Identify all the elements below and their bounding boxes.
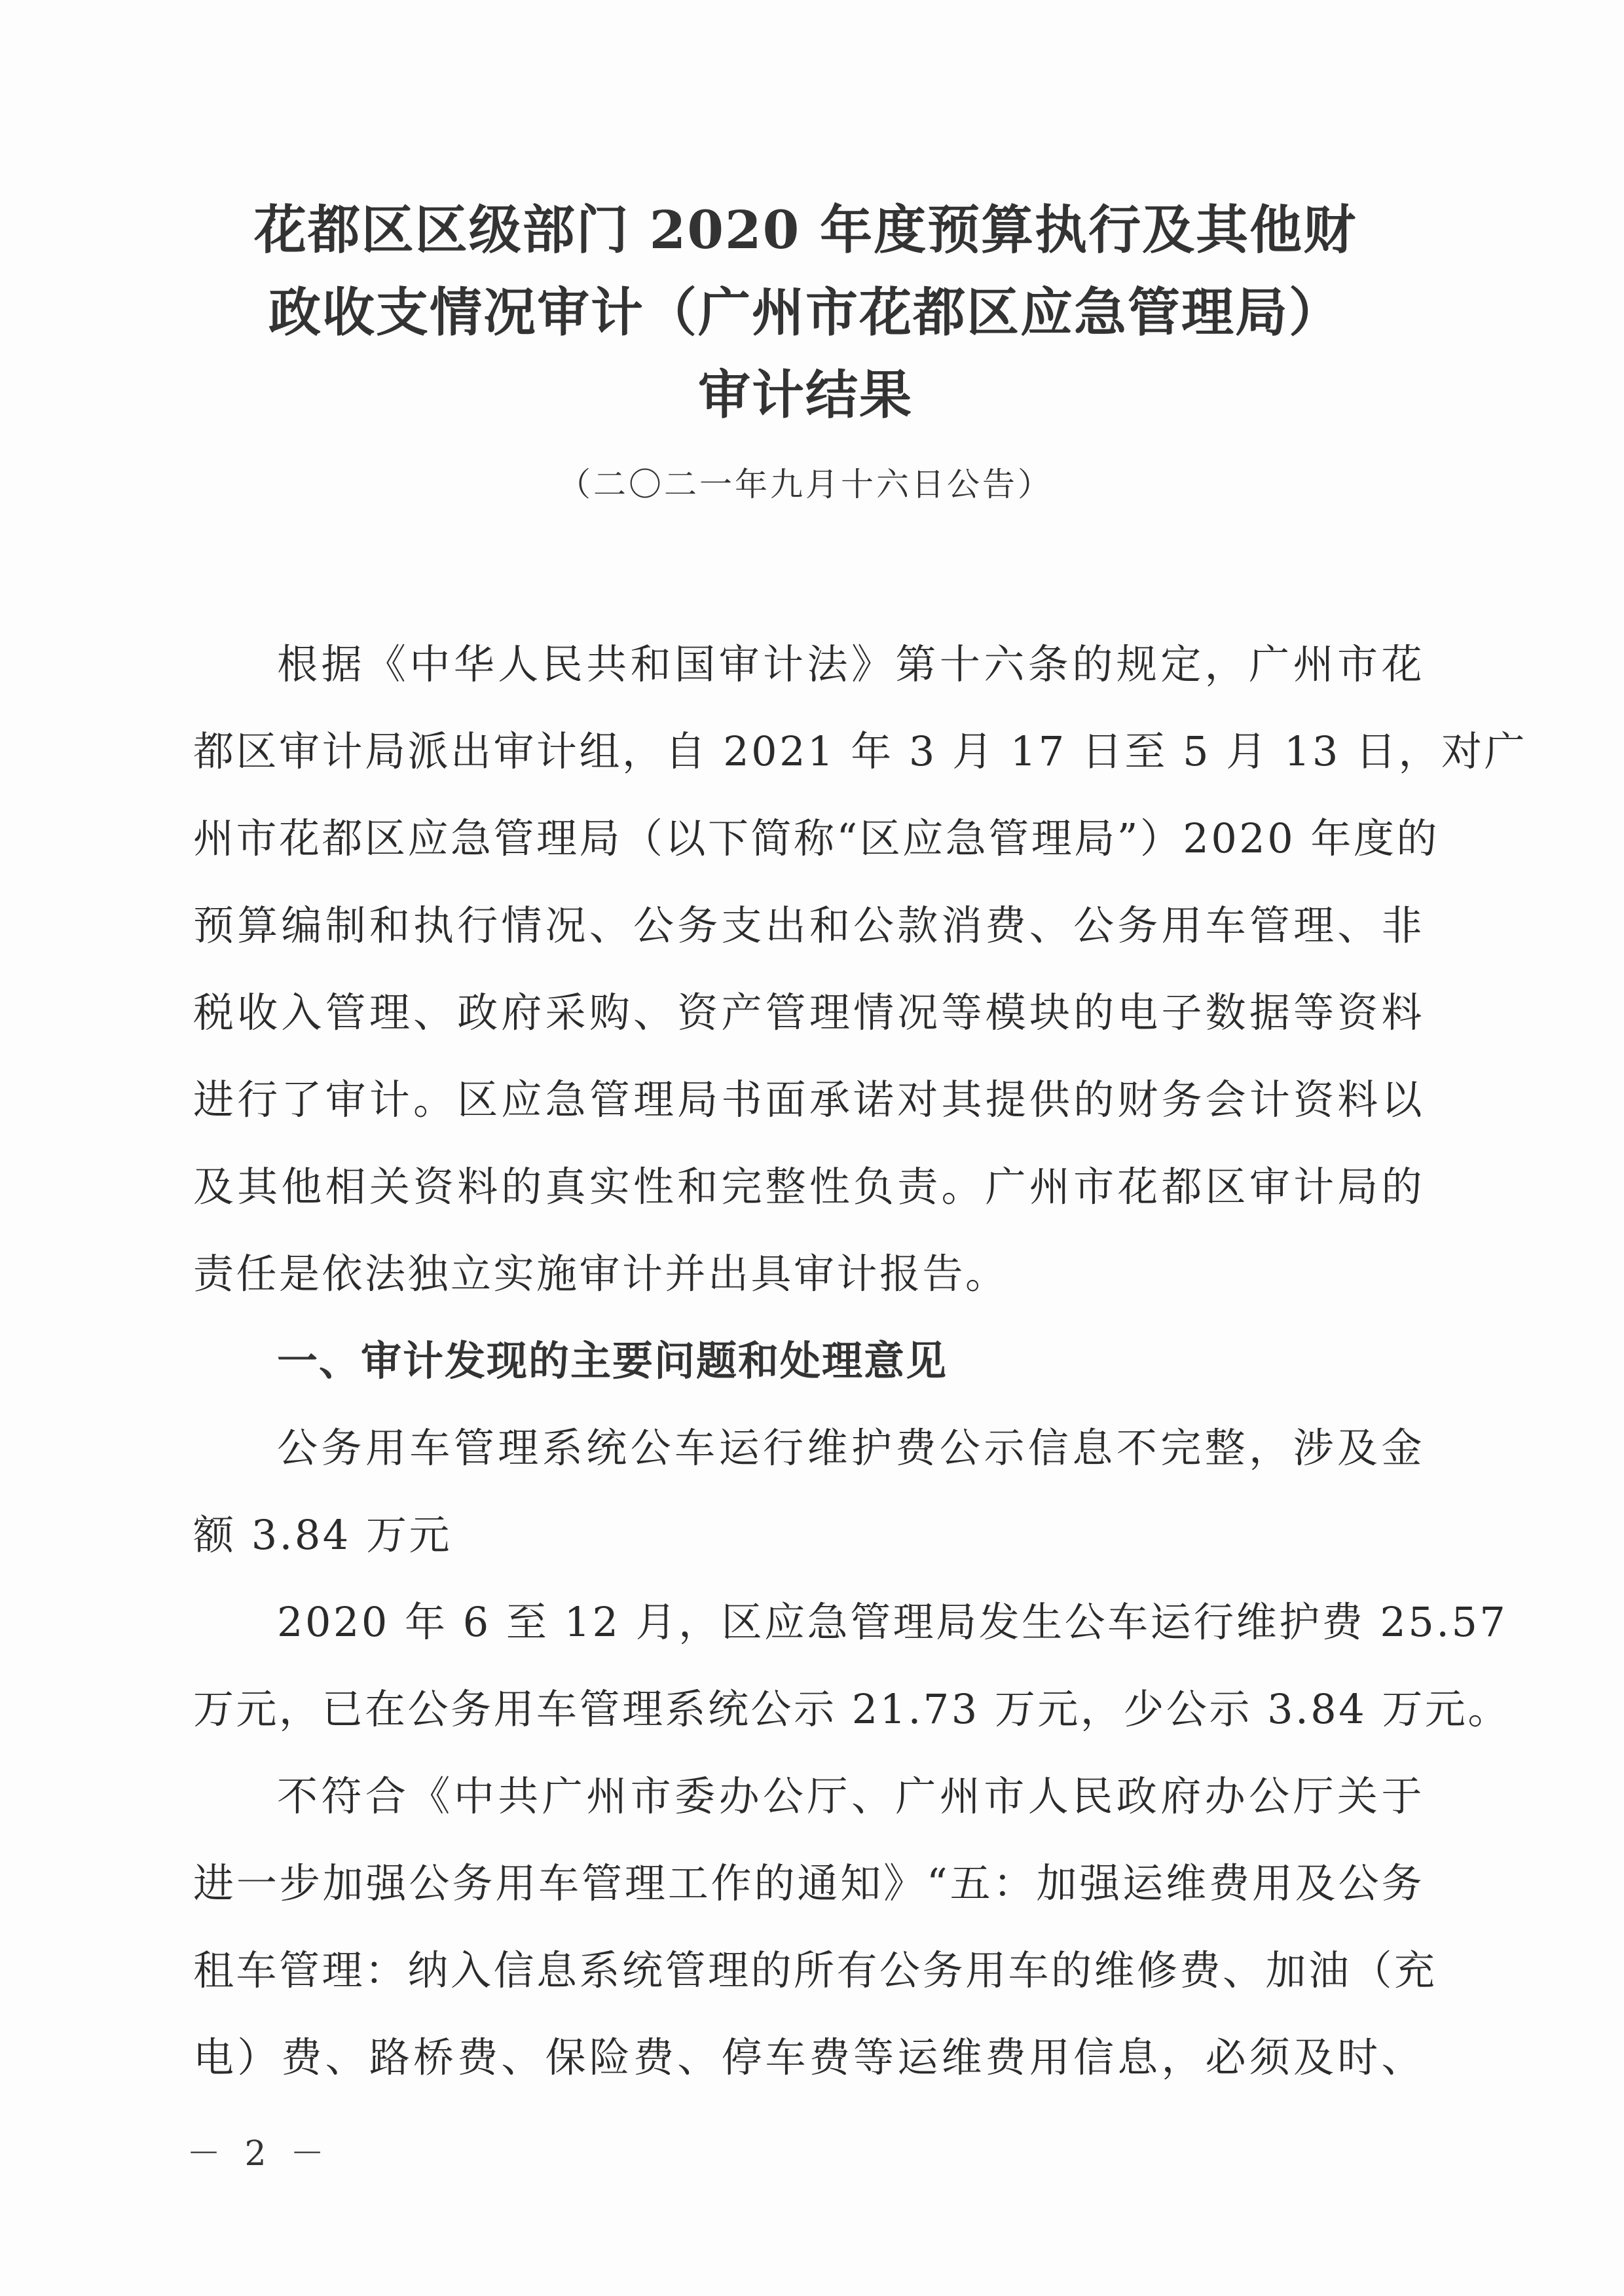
paragraph-line: 电）费、路桥费、保险费、停车费等运维费用信息，必须及时、 [193, 2014, 1424, 2101]
title-line-2: 政收支情况审计（广州市花都区应急管理局） [183, 271, 1428, 354]
publication-date: （二〇二一年九月十六日公告） [183, 458, 1428, 511]
paragraph-line: 进行了审计。区应急管理局书面承诺对其提供的财务会计资料以 [193, 1056, 1424, 1143]
section-heading: 一、审计发现的主要问题和处理意见 [193, 1317, 1424, 1404]
paragraph-line: 不符合《中共广州市委办公厅、广州市人民政府办公厅关于 [193, 1753, 1424, 1840]
title-line-1: 花都区区级部门 2020 年度预算执行及其他财 [183, 189, 1428, 271]
paragraph-line: 税收入管理、政府采购、资产管理情况等模块的电子数据等资料 [193, 969, 1424, 1056]
section-heading-text: 一、审计发现的主要问题和处理意见 [193, 1317, 1424, 1404]
page-number: － 2 － [187, 2131, 331, 2177]
paragraph-line: 根据《中华人民共和国审计法》第十六条的规定，广州市花 [193, 621, 1424, 708]
document-body: 根据《中华人民共和国审计法》第十六条的规定，广州市花 都区审计局派出审计组，自 … [193, 621, 1424, 2101]
regulation-paragraph: 不符合《中共广州市委办公厅、广州市人民政府办公厅关于 进一步加强公务用车管理工作… [193, 1753, 1424, 2101]
paragraph-line: 进一步加强公务用车管理工作的通知》“五：加强运维费用及公务 [193, 1840, 1424, 1927]
paragraph-line: 及其他相关资料的真实性和完整性负责。广州市花都区审计局的 [193, 1143, 1424, 1230]
paragraph-line: 责任是依法独立实施审计并出具审计报告。 [193, 1230, 1424, 1317]
paragraph-line: 2020 年 6 至 12 月，区应急管理局发生公车运行维护费 25.57 [193, 1578, 1424, 1666]
paragraph-line: 预算编制和执行情况、公务支出和公款消费、公务用车管理、非 [193, 882, 1424, 969]
paragraph-line: 租车管理：纳入信息系统管理的所有公务用车的维修费、加油（充 [193, 1927, 1424, 2014]
issue-detail-paragraph: 2020 年 6 至 12 月，区应急管理局发生公车运行维护费 25.57 万元… [193, 1578, 1424, 1753]
title-line-3: 审计结果 [183, 354, 1428, 436]
issue-title-paragraph: 公务用车管理系统公车运行维护费公示信息不完整，涉及金 额 3.84 万元 [193, 1404, 1424, 1578]
paragraph-line: 州市花都区应急管理局（以下简称“区应急管理局”）2020 年度的 [193, 795, 1424, 882]
paragraph-line: 额 3.84 万元 [193, 1491, 1424, 1578]
paragraph-line: 公务用车管理系统公车运行维护费公示信息不完整，涉及金 [193, 1404, 1424, 1491]
document-title: 花都区区级部门 2020 年度预算执行及其他财 政收支情况审计（广州市花都区应急… [183, 189, 1428, 436]
document-page: 花都区区级部门 2020 年度预算执行及其他财 政收支情况审计（广州市花都区应急… [0, 0, 1624, 2296]
paragraph-line: 都区审计局派出审计组，自 2021 年 3 月 17 日至 5 月 13 日，对… [193, 708, 1424, 795]
paragraph-line: 万元，已在公务用车管理系统公示 21.73 万元，少公示 3.84 万元。 [193, 1666, 1424, 1753]
intro-paragraph: 根据《中华人民共和国审计法》第十六条的规定，广州市花 都区审计局派出审计组，自 … [193, 621, 1424, 1317]
